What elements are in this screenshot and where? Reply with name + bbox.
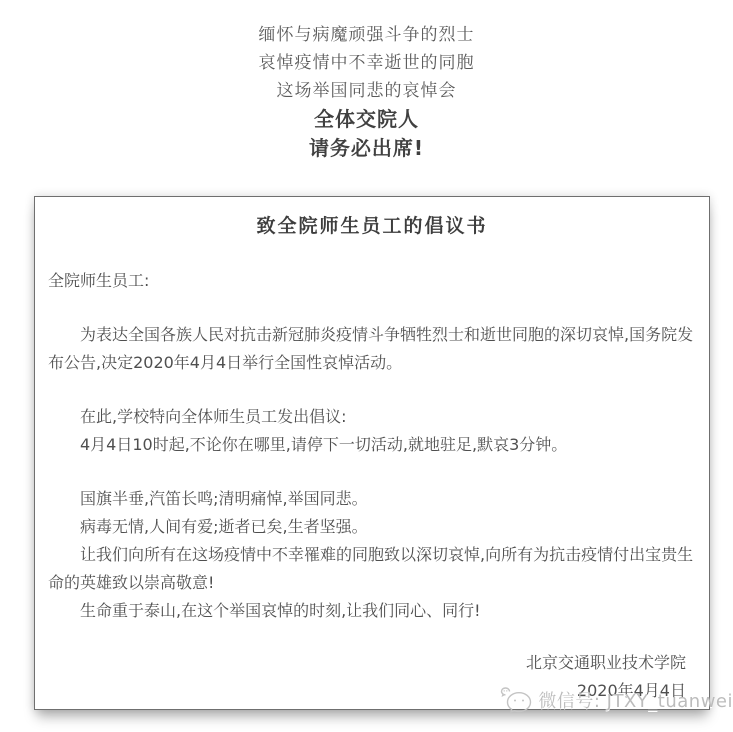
announcement-header: 缅怀与病魔顽强斗争的烈士 哀悼疫情中不幸逝世的同胞 这场举国同悲的哀悼会 全体交… — [0, 0, 733, 163]
header-line: 这场举国同悲的哀悼会 — [0, 77, 733, 105]
header-line: 全体交院人 — [0, 105, 733, 134]
body-paragraph: 在此,学校特向全体师生员工发出倡议: — [48, 403, 696, 431]
body-paragraph: 生命重于泰山,在这个举国哀悼的时刻,让我们同心、同行! — [48, 597, 696, 625]
body-paragraph: 让我们向所有在这场疫情中不幸罹难的同胞致以深切哀悼,向所有为抗击疫情付出宝贵生命… — [48, 541, 696, 597]
page: 缅怀与病魔顽强斗争的烈士 哀悼疫情中不幸逝世的同胞 这场举国同悲的哀悼会 全体交… — [0, 0, 733, 732]
card-title: 致全院师生员工的倡议书 — [48, 211, 696, 241]
body-paragraph: 全院师生员工: — [48, 267, 696, 295]
body-paragraph: 为表达全国各族人民对抗击新冠肺炎疫情斗争牺牲烈士和逝世同胞的深切哀悼,国务院发布… — [48, 321, 696, 377]
header-line: 请务必出席! — [0, 134, 733, 163]
signature-block: 北京交通职业技术学院 2020年4月4日 — [48, 649, 696, 705]
signature-name: 北京交通职业技术学院 — [48, 649, 686, 677]
header-line: 缅怀与病魔顽强斗争的烈士 — [0, 21, 733, 49]
body-paragraph: 4月4日10时起,不论你在哪里,请停下一切活动,就地驻足,默哀3分钟。 — [48, 431, 696, 459]
proposal-card: 致全院师生员工的倡议书 全院师生员工: 为表达全国各族人民对抗击新冠肺炎疫情斗争… — [34, 196, 710, 710]
body-paragraph: 病毒无情,人间有爱;逝者已矣,生者坚强。 — [48, 513, 696, 541]
body-paragraph: 国旗半垂,汽笛长鸣;清明痛悼,举国同悲。 — [48, 485, 696, 513]
card-body: 全院师生员工: 为表达全国各族人民对抗击新冠肺炎疫情斗争牺牲烈士和逝世同胞的深切… — [48, 267, 696, 625]
header-line: 哀悼疫情中不幸逝世的同胞 — [0, 49, 733, 77]
signature-date: 2020年4月4日 — [48, 677, 686, 705]
